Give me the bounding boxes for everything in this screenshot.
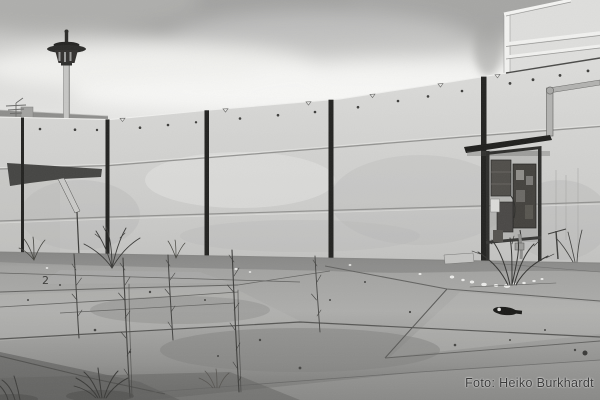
photo-credit: Foto: Heiko Burkhardt <box>465 377 594 390</box>
photo-scene: 2 <box>0 0 600 400</box>
photo-berlin-wall: 2 <box>0 0 600 400</box>
film-grain-overlay <box>0 0 600 400</box>
